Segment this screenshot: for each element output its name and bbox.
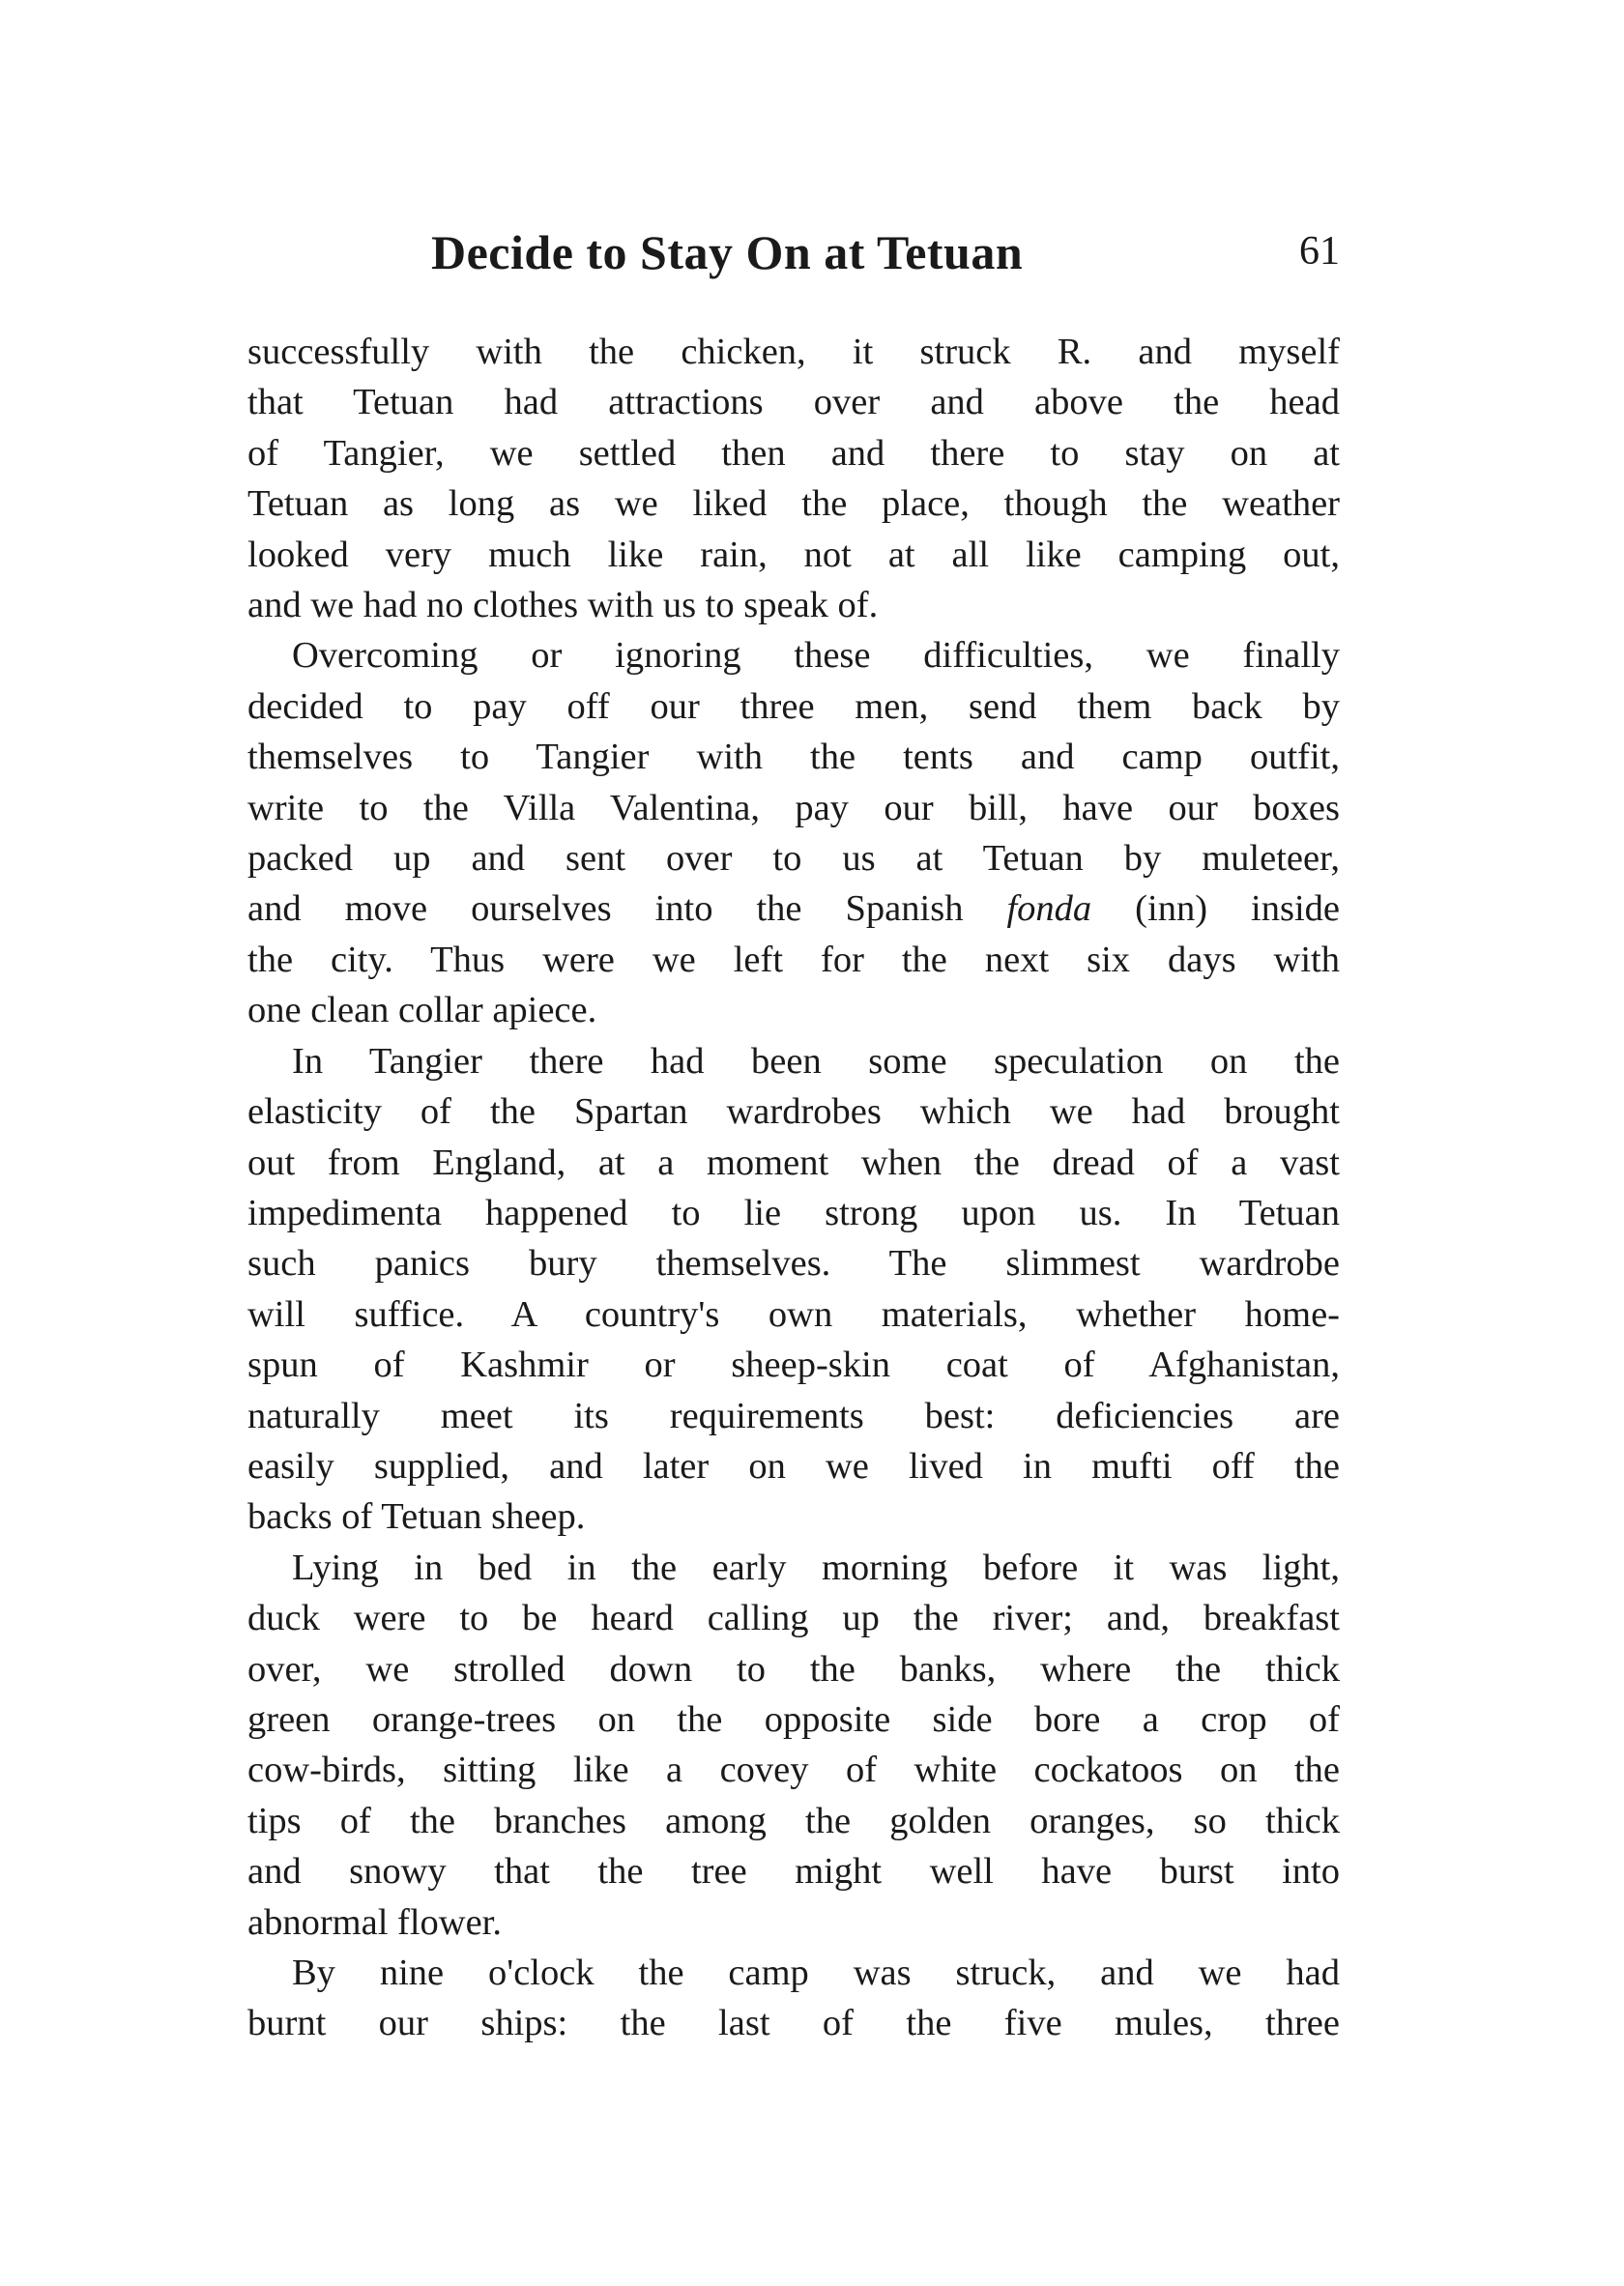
italic-word: fonda — [1006, 888, 1091, 929]
text-line: impedimenta happened to lie strong upon … — [247, 1188, 1340, 1238]
text-line: By nine o'clock the camp was struck, and… — [247, 1948, 1340, 1998]
text-line: spun of Kashmir or sheep-skin coat of Af… — [247, 1340, 1340, 1390]
text-line: packed up and sent over to us at Tetuan … — [247, 833, 1340, 883]
text-line: decided to pay off our three men, send t… — [247, 681, 1340, 732]
text-line: backs of Tetuan sheep. — [247, 1491, 1340, 1542]
text-line: burnt our ships: the last of the five mu… — [247, 1998, 1340, 2048]
text-line: abnormal flower. — [247, 1897, 1340, 1948]
text-line: themselves to Tangier with the tents and… — [247, 732, 1340, 782]
text-line: cow-birds, sitting like a covey of white… — [247, 1745, 1340, 1795]
text-line: In Tangier there had been some speculati… — [247, 1036, 1340, 1086]
text-line: Lying in bed in the early morning before… — [247, 1543, 1340, 1593]
text-line: and snowy that the tree might well have … — [247, 1846, 1340, 1896]
paragraph-5: By nine o'clock the camp was struck, and… — [247, 1948, 1340, 2049]
text-line: elasticity of the Spartan wardrobes whic… — [247, 1086, 1340, 1137]
text-line: Overcoming or ignoring these difficultie… — [247, 630, 1340, 680]
paragraph-3: In Tangier there had been some speculati… — [247, 1036, 1340, 1543]
text-line: will suffice. A country's own materials,… — [247, 1289, 1340, 1340]
text-line: tips of the branches among the golden or… — [247, 1796, 1340, 1846]
page-number: 61 — [1299, 228, 1340, 275]
paragraph-2: Overcoming or ignoring these difficultie… — [247, 630, 1340, 1035]
text-line: that Tetuan had attractions over and abo… — [247, 377, 1340, 427]
running-title: Decide to Stay On at Tetuan — [431, 224, 1023, 280]
text-line: naturally meet its requirements best: de… — [247, 1391, 1340, 1441]
text-line: over, we strolled down to the banks, whe… — [247, 1644, 1340, 1694]
text-line: successfully with the chicken, it struck… — [247, 327, 1340, 377]
text-line: the city. Thus were we left for the next… — [247, 935, 1340, 985]
text-line: and we had no clothes with us to speak o… — [247, 580, 1340, 630]
text-line: such panics bury themselves. The slimmes… — [247, 1238, 1340, 1288]
text-line: one clean collar apiece. — [247, 985, 1340, 1035]
text-line: looked very much like rain, not at all l… — [247, 530, 1340, 580]
body-text: successfully with the chicken, it struck… — [247, 327, 1340, 2049]
text-line: easily supplied, and later on we lived i… — [247, 1441, 1340, 1491]
text-line: green orange-trees on the opposite side … — [247, 1694, 1340, 1745]
paragraph-4: Lying in bed in the early morning before… — [247, 1543, 1340, 1948]
text-line: out from England, at a moment when the d… — [247, 1138, 1340, 1188]
text-line: duck were to be heard calling up the riv… — [247, 1593, 1340, 1643]
page-header: Decide to Stay On at Tetuan 61 — [247, 224, 1340, 292]
text-line: write to the Villa Valentina, pay our bi… — [247, 783, 1340, 833]
text-line: of Tangier, we settled then and there to… — [247, 428, 1340, 478]
paragraph-1: successfully with the chicken, it struck… — [247, 327, 1340, 630]
text-line-with-italic: and move ourselves into the Spanish fond… — [247, 883, 1340, 934]
text-line: Tetuan as long as we liked the place, th… — [247, 478, 1340, 529]
